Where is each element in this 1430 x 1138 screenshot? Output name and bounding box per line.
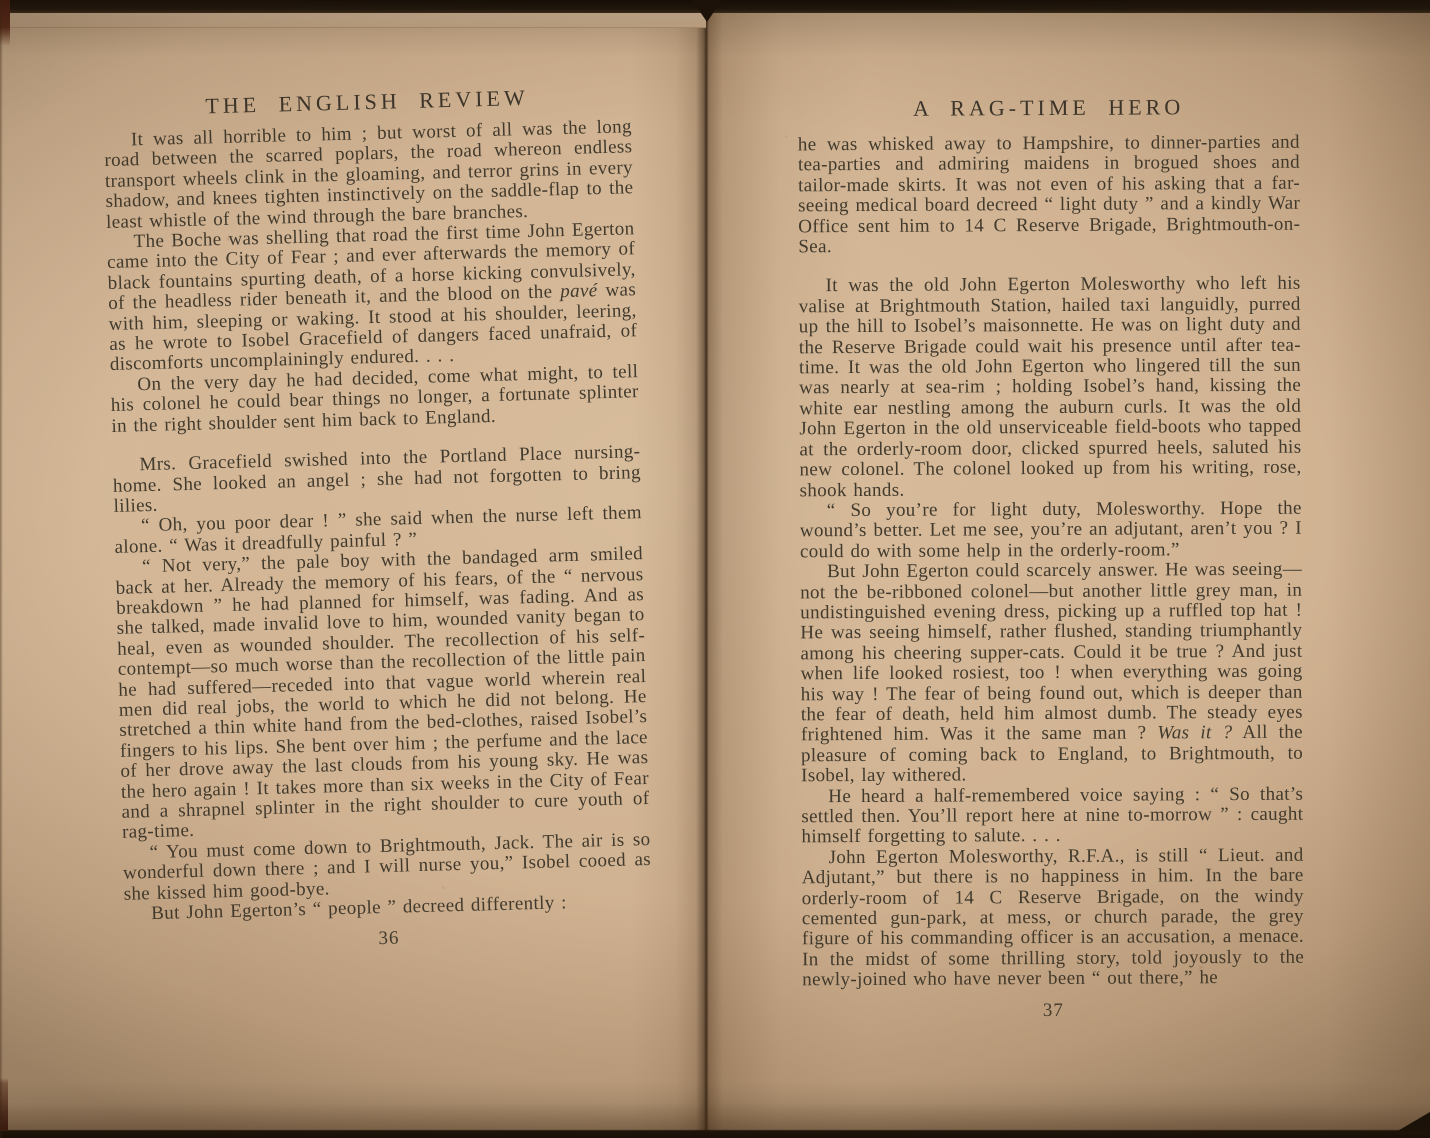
top-page-edge [0,13,706,28]
right-running-head: A RAG-TIME HERO [798,95,1300,122]
left-text-block: It was all horrible to him ; but worst o… [104,117,653,925]
left-running-head: THE ENGLISH REVIEW [103,83,631,121]
left-page-number: 36 [125,921,653,957]
paragraph: “ Not very,” the pale boy with the banda… [115,544,650,843]
paragraph: He heard a half-remembered voice saying … [801,784,1303,848]
bottom-page-shadow [0,1103,1430,1129]
bottom-cover-edge [0,1129,1430,1138]
gutter-top-notch [692,0,722,22]
left-page: THE ENGLISH REVIEW It was all horrible t… [103,83,653,957]
left-page-edge-line [0,0,3,1138]
paragraph: John Egerton Molesworthy, R.F.A., is sti… [802,845,1305,990]
paragraph: It was all horrible to him ; but worst o… [104,117,634,233]
right-page: A RAG-TIME HERO he was whisked away to H… [798,95,1305,1023]
book-scan-photo: THE ENGLISH REVIEW It was all horrible t… [0,0,1430,1138]
paragraph: he was whisked away to Hampshire, to din… [798,133,1301,258]
right-page-number: 37 [802,998,1304,1023]
paragraph: It was the old John Egerton Molesworthy … [799,274,1302,501]
paragraph: “ So you’re for light duty, Molesworthy.… [800,499,1302,563]
open-book-spread: THE ENGLISH REVIEW It was all horrible t… [0,0,1430,1138]
paragraph: The Boche was shelling that road the fir… [106,219,638,376]
paragraph: But John Egerton could scarcely answer. … [800,560,1303,787]
paragraph: On the very day he had decided, come wha… [110,362,639,437]
bottom-right-cover-corner [1396,1112,1430,1132]
gutter-shadow [630,0,780,1138]
right-text-block: he was whisked away to Hampshire, to din… [798,133,1304,991]
